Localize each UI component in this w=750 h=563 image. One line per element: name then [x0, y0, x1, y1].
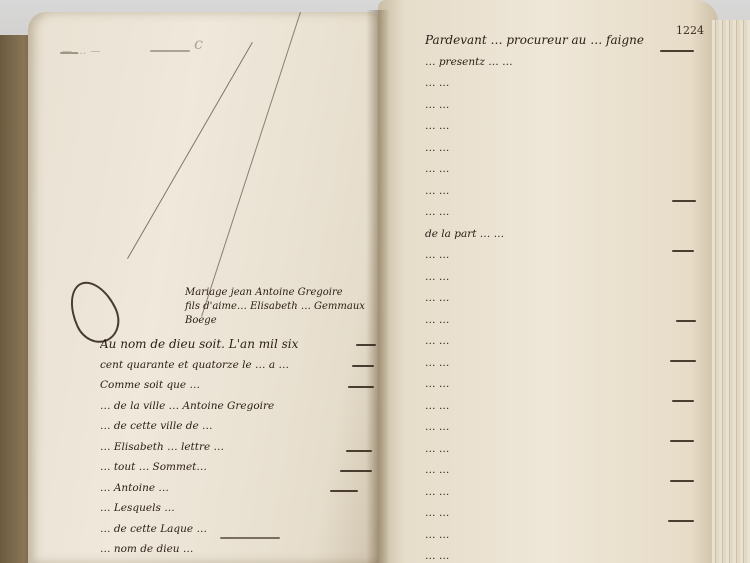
text-line: … … [425, 73, 705, 95]
line-filler [348, 386, 374, 388]
line-filler [672, 200, 696, 202]
page-fore-edge [712, 20, 750, 563]
text-line: … presentz … … [425, 52, 705, 74]
text-line: de la part … … [425, 224, 705, 246]
right-page-text: Pardevant … procureur au … faigne … pres… [425, 30, 705, 563]
entry-line: … de cette ville de … [100, 416, 370, 437]
text-line: … … [425, 503, 705, 525]
line-filler [670, 440, 694, 442]
dash [60, 52, 78, 54]
line-filler [340, 470, 372, 472]
entry-line: … de la ville … Antoine Gregoire [100, 396, 370, 417]
text-line: … … [425, 417, 705, 439]
margin-note-line: Mariage jean Antoine Gregoire [185, 286, 365, 300]
text-line: … … [425, 138, 705, 160]
entry-line: Au nom de dieu soit. L'an mil six [100, 334, 370, 355]
line-filler [668, 520, 694, 522]
margin-note-line: fils d'aime… Elisabeth … Gemmaux [185, 300, 365, 314]
text-line: … … [425, 95, 705, 117]
text-line: … … [425, 310, 705, 332]
line-filler [672, 400, 694, 402]
text-line: … … [425, 482, 705, 504]
text-line: … … [425, 267, 705, 289]
text-line: Pardevant … procureur au … faigne [425, 30, 705, 52]
text-line: … … [425, 288, 705, 310]
entry-line: … Antoine … [100, 478, 370, 499]
entry-line: Comme soit que … [100, 375, 370, 396]
dash [150, 50, 190, 52]
text-line: … … [425, 245, 705, 267]
text-line: … … [425, 439, 705, 461]
entry-line: … Lesquels … [100, 498, 370, 519]
line-filler [352, 365, 374, 367]
line-filler [670, 360, 696, 362]
text-line: … … [425, 460, 705, 482]
text-line: … … [425, 116, 705, 138]
margin-note-line: Boege [185, 314, 365, 328]
left-page-entry: Au nom de dieu soit. L'an mil six cent q… [100, 334, 370, 560]
line-filler [346, 450, 372, 452]
entry-line: … tout … Sommet… [100, 457, 370, 478]
line-filler [672, 250, 694, 252]
text-line: … … [425, 396, 705, 418]
entry-line: … de cette Laque … [100, 519, 370, 540]
line-filler [670, 480, 694, 482]
line-filler [356, 344, 376, 346]
text-line: … … [425, 374, 705, 396]
line-filler [676, 320, 696, 322]
entry-line: … nom de dieu … [100, 539, 370, 560]
margin-note: Mariage jean Antoine Gregoire fils d'aim… [185, 286, 365, 328]
text-line: … … [425, 353, 705, 375]
text-line: … … [425, 525, 705, 547]
text-line: … … [425, 159, 705, 181]
smudge [220, 537, 280, 539]
entry-line: cent quarante et quatorze le … a … [100, 355, 370, 376]
text-line: … … [425, 331, 705, 353]
line-filler [660, 50, 694, 52]
text-line: … … [425, 181, 705, 203]
line-filler [330, 490, 358, 492]
entry-line: … Elisabeth … lettre … [100, 437, 370, 458]
bleedthrough-glyph: c [194, 34, 203, 53]
text-line: … … [425, 546, 705, 563]
text-line: … … [425, 202, 705, 224]
